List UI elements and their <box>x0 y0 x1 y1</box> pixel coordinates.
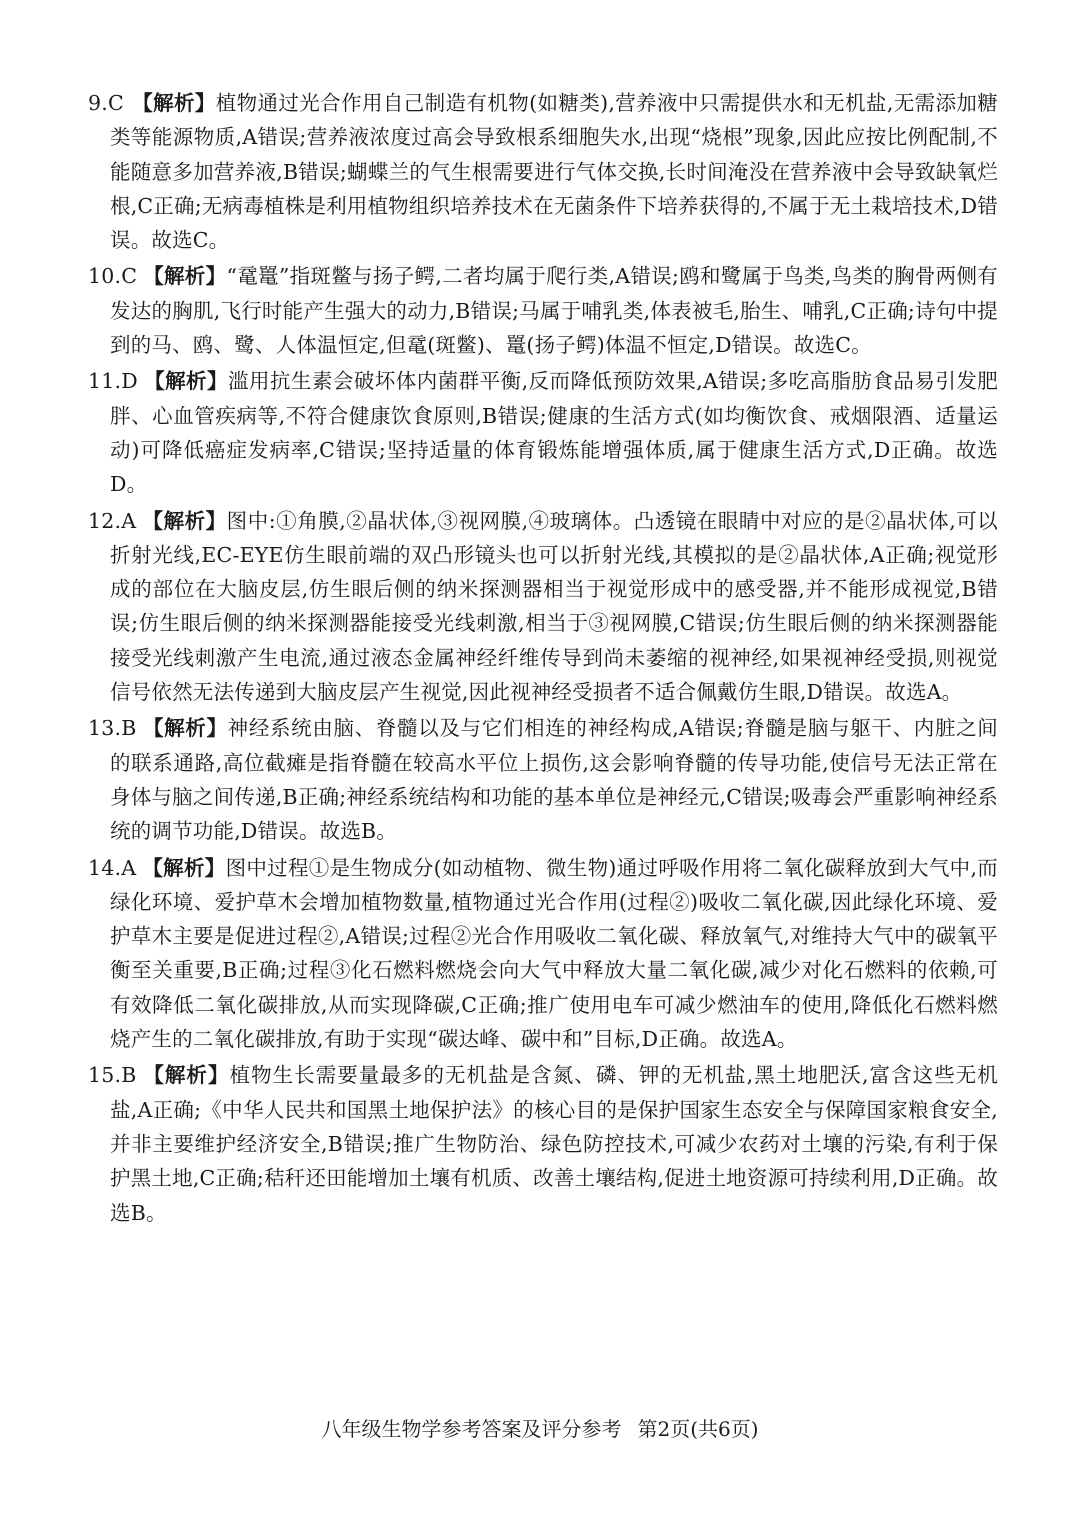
question-number: 12.A <box>88 504 136 538</box>
question-number: 10.C <box>88 259 137 293</box>
explanation-text: “鼋鼍”指斑鳖与扬子鳄,二者均属于爬行类,A错误;鸥和鹭属于鸟类,鸟类的胸骨两侧… <box>110 264 998 357</box>
analysis-tag: 【解析】 <box>142 716 227 740</box>
question-number: 11.D <box>88 364 138 398</box>
document-title: 八年级生物学参考答案及评分参考 <box>321 1417 621 1441</box>
answer-item-15: 15.B【解析】植物生长需要量最多的无机盐是含氮、磷、钾的无机盐,黑土地肥沃,富… <box>88 1058 998 1229</box>
question-number: 14.A <box>88 851 136 885</box>
explanation-text: 神经系统由脑、脊髓以及与它们相连的神经构成,A错误;脊髓是脑与躯干、内脏之间的联… <box>110 716 998 843</box>
question-number: 13.B <box>88 711 136 745</box>
question-number: 15.B <box>88 1058 136 1092</box>
answer-item-10: 10.C【解析】“鼋鼍”指斑鳖与扬子鳄,二者均属于爬行类,A错误;鸥和鹭属于鸟类… <box>88 259 998 362</box>
explanation-text: 图中:①角膜,②晶状体,③视网膜,④玻璃体。凸透镜在眼睛中对应的是②晶状体,可以… <box>110 509 998 704</box>
answer-item-12: 12.A【解析】图中:①角膜,②晶状体,③视网膜,④玻璃体。凸透镜在眼睛中对应的… <box>88 504 998 710</box>
answer-explanations: 9.C【解析】植物通过光合作用自己制造有机物(如糖类),营养液中只需提供水和无机… <box>88 86 998 1230</box>
analysis-tag: 【解析】 <box>142 856 225 880</box>
page-number: 第2页(共6页) <box>637 1417 758 1441</box>
explanation-text: 滥用抗生素会破坏体内菌群平衡,反而降低预防效果,A错误;多吃高脂肪食品易引发肥胖… <box>110 369 998 496</box>
explanation-text: 图中过程①是生物成分(如动植物、微生物)通过呼吸作用将二氧化碳释放到大气中,而绿… <box>110 856 998 1051</box>
analysis-tag: 【解析】 <box>142 1063 229 1087</box>
analysis-tag: 【解析】 <box>132 91 216 115</box>
answer-item-13: 13.B【解析】神经系统由脑、脊髓以及与它们相连的神经构成,A错误;脊髓是脑与躯… <box>88 711 998 848</box>
analysis-tag: 【解析】 <box>142 509 226 533</box>
analysis-tag: 【解析】 <box>144 369 228 393</box>
explanation-text: 植物通过光合作用自己制造有机物(如糖类),营养液中只需提供水和无机盐,无需添加糖… <box>110 91 998 252</box>
analysis-tag: 【解析】 <box>143 264 226 288</box>
page-footer: 八年级生物学参考答案及评分参考第2页(共6页) <box>0 1413 1080 1442</box>
answer-item-11: 11.D【解析】滥用抗生素会破坏体内菌群平衡,反而降低预防效果,A错误;多吃高脂… <box>88 364 998 501</box>
explanation-text: 植物生长需要量最多的无机盐是含氮、磷、钾的无机盐,黑土地肥沃,富含这些无机盐,A… <box>110 1063 998 1224</box>
answer-item-9: 9.C【解析】植物通过光合作用自己制造有机物(如糖类),营养液中只需提供水和无机… <box>88 86 998 257</box>
answer-item-14: 14.A【解析】图中过程①是生物成分(如动植物、微生物)通过呼吸作用将二氧化碳释… <box>88 851 998 1057</box>
question-number: 9.C <box>88 86 126 120</box>
